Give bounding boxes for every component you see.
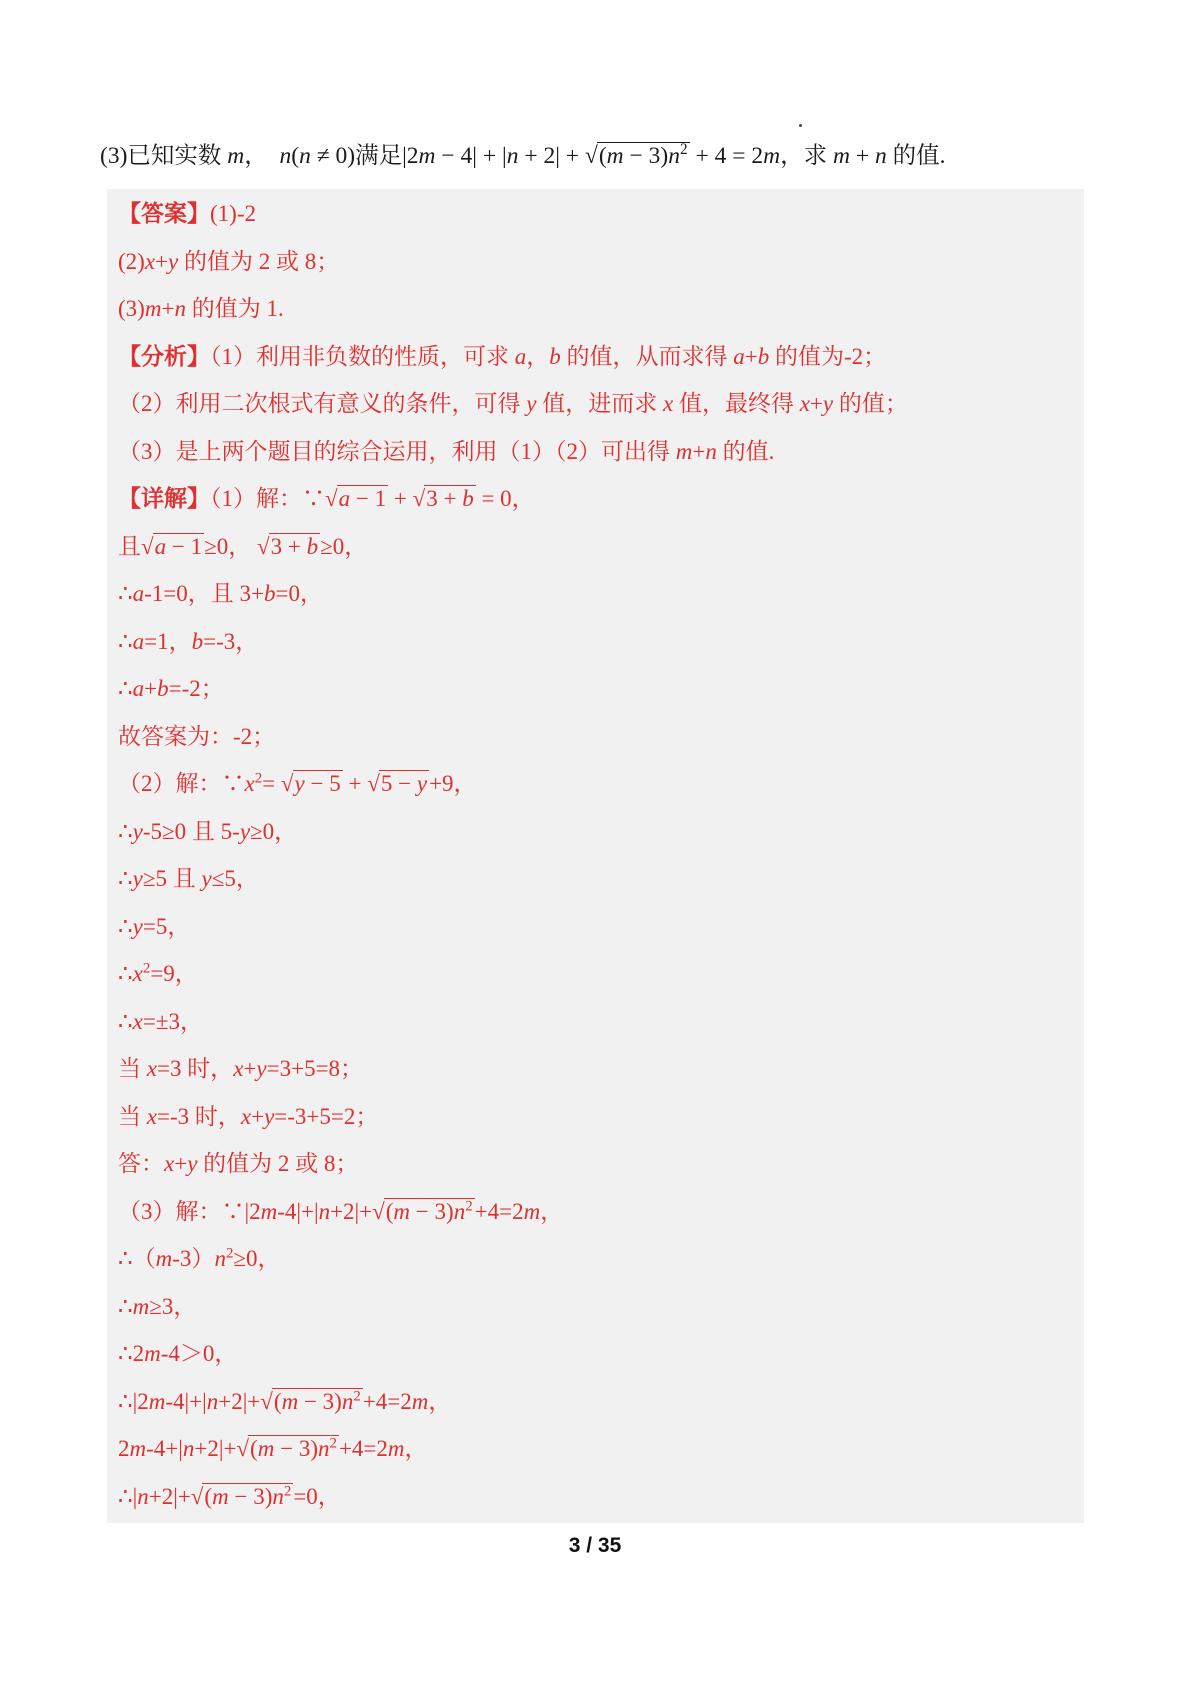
math-variable: n [319,1199,331,1224]
text-segment: =-3 时， [157,1104,241,1129]
text-segment: +2|+ [194,1436,236,1461]
radical: √3 + b [257,533,320,560]
solution-line-6: （3）是上两个题目的综合运用，利用（1）（2）可出得 m+n 的值. [107,428,1084,476]
text-segment: （2）利用二次根式有意义的条件，可得 [118,391,526,416]
text-segment: 的值，从而求得 [561,344,734,369]
math-variable: m [261,1199,278,1224]
text-segment: ∴| [118,1484,137,1509]
text-segment: + [850,143,875,169]
text-segment: ， [540,1199,563,1224]
solution-line-17: ∴x2=9， [107,950,1084,998]
radicand: (m − 3)n2 [597,142,690,170]
text-segment: 的值. [887,143,946,169]
math-variable: a [133,676,145,701]
text-segment: 的值为 2 或 8； [178,249,339,274]
radical: √3 + b [413,485,476,512]
superscript: 2 [284,1483,291,1499]
math-variable: n [207,1389,219,1414]
text-segment: ( [204,1484,212,1509]
text-segment: 值，进而求 [536,391,663,416]
text-segment: + [692,439,705,464]
math-variable: m [156,1246,173,1271]
page-number: 3 / 35 [0,1534,1190,1558]
math-variable: x [147,1056,157,1081]
text-segment: 故答案为：-2； [118,724,275,749]
text-segment: − 3) [229,1484,273,1509]
text-segment: ∴ [118,629,133,654]
math-variable: n [174,296,186,321]
text-segment: ∴ [118,819,133,844]
solution-line-28: ∴|n+2|+√(m − 3)n2=0， [107,1473,1084,1521]
text-segment: + [144,676,157,701]
text-segment: ∴ [118,914,133,939]
solution-line-2: (2)x+y 的值为 2 或 8； [107,238,1084,286]
section-label: 【分析】 [118,344,210,369]
radical: √a − 1 [141,533,204,560]
math-variable: m [763,143,780,169]
text-segment: 当 [118,1104,147,1129]
text-segment: ， [428,1389,451,1414]
text-segment: +9， [429,771,476,796]
math-variable: n [299,143,311,169]
superscript: 2 [465,1198,472,1214]
text-segment: + [243,1056,256,1081]
math-variable: n [318,1436,330,1461]
math-variable: n [342,1389,354,1414]
text-segment: + [343,771,367,796]
solution-line-3: (3)m+n 的值为 1. [107,285,1084,333]
math-variable: b [758,344,770,369]
math-variable: m [145,296,162,321]
math-variable: x [145,249,155,274]
radicand: a − 1 [153,533,204,560]
text-segment: (3)已知实数 [100,143,227,169]
text-segment: + 4 = 2 [690,143,764,169]
text-segment: − 3) [274,1436,318,1461]
math-variable: x [800,391,810,416]
radical: √y − 5 [281,770,343,797]
math-variable: y [187,1151,197,1176]
math-variable: y [240,819,250,844]
text-segment: ≥0， [233,1246,280,1271]
math-variable: m [133,1294,150,1319]
radicand: (m − 3)n2 [384,1198,475,1225]
text-segment: − 4| + | [436,143,507,169]
text-segment: ≥3， [149,1294,196,1319]
text-segment: =0， [276,581,323,606]
solution-line-14: ∴y-5≥0 且 5-y≥0， [107,808,1084,856]
solution-line-26: ∴|2m-4|+|n+2|+√(m − 3)n2+4=2m， [107,1378,1084,1426]
text-segment: ∴ [118,676,133,701]
text-segment: ∴ [118,866,133,891]
math-variable: y [168,249,178,274]
text-segment: ∴ [118,1294,133,1319]
text-segment: 答： [118,1151,164,1176]
solution-line-25: ∴2m-4＞0， [107,1330,1084,1378]
math-variable: x [164,1151,174,1176]
text-segment: = 0， [476,486,535,511]
math-variable: y [201,866,211,891]
math-variable: b [157,676,169,701]
text-segment: =5， [143,914,190,939]
text-segment: − 3) [624,143,669,169]
math-variable: x [241,1104,251,1129]
text-segment: （1）利用非负数的性质，可求 [210,344,515,369]
text-segment: 3 + [426,486,462,511]
text-segment: ≠ 0)满足|2 [311,143,419,169]
math-variable: b [549,344,561,369]
text-segment: − 3) [298,1389,342,1414]
solution-line-18: ∴x=±3， [107,998,1084,1046]
text-segment: 的值； [833,391,908,416]
solution-line-19: 当 x=3 时，x+y=3+5=8； [107,1045,1084,1093]
text-segment: ∴ [118,581,133,606]
math-variable: x [133,961,143,986]
math-variable: a [339,486,351,511]
radicand: 5 − y [379,770,429,797]
solution-line-22: （3）解：∵|2m-4|+|n+2|+√(m − 3)n2+4=2m， [107,1188,1084,1236]
math-variable: y [133,866,143,891]
text-segment: ， [244,143,279,169]
solution-line-16: ∴y=5， [107,903,1084,951]
math-variable: y [256,1056,266,1081]
solution-line-12: 故答案为：-2； [107,713,1084,761]
text-segment: 的值. [717,439,775,464]
text-segment: 的值为 2 或 8； [197,1151,358,1176]
math-variable: m [393,1199,410,1224]
solution-line-21: 答：x+y 的值为 2 或 8； [107,1140,1084,1188]
math-variable: m [227,143,244,169]
text-segment: ≥5 且 [143,866,202,891]
text-segment: − 5 [305,771,341,796]
text-segment: （2）解：∵ [118,771,245,796]
text-segment: =-2； [169,676,224,701]
math-variable: y [133,914,143,939]
math-variable: y [295,771,305,796]
text-segment: ≤5， [212,866,259,891]
text-segment: 3 + [271,534,307,559]
math-variable: a [133,629,145,654]
text-segment: +4=2 [339,1436,388,1461]
radical: √(m − 3)n2 [236,1435,339,1462]
text-segment: ≥0， [250,819,297,844]
text-segment: − 3) [410,1199,454,1224]
text-segment: +2|+ [218,1389,260,1414]
superscript: 2 [353,1388,360,1404]
text-segment: + [745,344,758,369]
text-segment: 值，最终得 [673,391,800,416]
math-variable: m [676,439,693,464]
text-segment: -1=0，且 3+ [144,581,264,606]
math-variable: m [130,1436,147,1461]
radical: √(m − 3)n2 [372,1198,475,1225]
text-segment: − 1 [350,486,386,511]
text-segment: -4+| [146,1436,183,1461]
text-segment: -4|+| [277,1199,318,1224]
text-segment: -4＞0， [161,1341,238,1366]
text-segment: + [388,486,412,511]
problem-statement: (3)已知实数 m， n(n ≠ 0)满足|2m − 4| + |n + 2| … [100,136,945,170]
text-segment: +2|+ [330,1199,372,1224]
text-segment: （3）解：∵|2 [118,1199,261,1224]
solution-line-13: （2）解：∵x2= √y − 5 + √5 − y+9， [107,760,1084,808]
solution-line-11: ∴a+b=-2； [107,665,1084,713]
radical: √(m − 3)n2 [260,1388,363,1415]
solution-line-9: ∴a-1=0，且 3+b=0， [107,570,1084,618]
text-segment: ∴ [118,961,133,986]
math-variable: y [526,391,536,416]
text-segment: =±3， [143,1009,203,1034]
radical: √(m − 3)n2 [191,1483,294,1510]
math-variable: n [668,143,680,169]
text-segment: ( [274,1389,282,1414]
math-variable: n [705,439,717,464]
text-segment: （1）解：∵ [210,486,325,511]
text-segment: 的值为-2； [769,344,886,369]
solution-line-4: 【分析】（1）利用非负数的性质，可求 a，b 的值，从而求得 a+b 的值为-2… [107,333,1084,381]
math-variable: a [133,581,145,606]
math-variable: m [412,1389,429,1414]
text-segment: -5≥0 且 5- [143,819,240,844]
text-segment: ∴|2 [118,1389,149,1414]
text-segment: + [810,391,823,416]
radicand: y − 5 [293,770,343,797]
text-segment: （3）是上两个题目的综合运用，利用（1）（2）可出得 [118,439,676,464]
text-segment: 当 [118,1056,147,1081]
text-segment: ∴（ [118,1246,156,1271]
text-segment: =-3， [203,629,258,654]
text-segment: + [155,249,168,274]
text-segment: +4=2 [363,1389,412,1414]
text-segment: =-3+5=2； [274,1104,378,1129]
math-variable: y [264,1104,274,1129]
math-variable: x [245,771,255,796]
math-variable: b [462,486,474,511]
math-variable: m [258,1436,275,1461]
math-variable: m [833,143,850,169]
math-variable: n [875,143,887,169]
text-segment: -4|+| [165,1389,206,1414]
math-variable: x [133,1009,143,1034]
math-variable: m [212,1484,229,1509]
solution-line-15: ∴y≥5 且 y≤5， [107,855,1084,903]
math-variable: n [214,1246,226,1271]
math-variable: a [155,534,167,559]
text-segment: =0， [293,1484,340,1509]
answer-block: 【答案】(1)-2(2)x+y 的值为 2 或 8；(3)m+n 的值为 1.【… [107,189,1084,1523]
section-label: 【答案】 [118,201,210,226]
solution-line-27: 2m-4+|n+2|+√(m − 3)n2+4=2m， [107,1425,1084,1473]
solution-line-5: （2）利用二次根式有意义的条件，可得 y 值，进而求 x 值，最终得 x+y 的… [107,380,1084,428]
math-variable: m [524,1199,541,1224]
math-variable: b [264,581,276,606]
math-variable: x [147,1104,157,1129]
radicand: a − 1 [337,485,388,512]
math-variable: b [307,534,319,559]
text-segment: ( [291,143,299,169]
text-segment: ∴2 [118,1341,144,1366]
math-variable: n [507,143,519,169]
text-segment: + [161,296,174,321]
solution-line-7: 【详解】（1）解：∵√a − 1 + √3 + b = 0， [107,475,1084,523]
superscript: 2 [680,141,688,158]
radicand: 3 + b [269,533,320,560]
radicand: (m − 3)n2 [202,1483,293,1510]
math-variable: m [282,1389,299,1414]
text-segment: +4=2 [475,1199,524,1224]
radicand: (m − 3)n2 [248,1435,339,1462]
math-variable: y [133,819,143,844]
solution-line-8: 且√a − 1≥0， √3 + b≥0， [107,523,1084,571]
solution-line-10: ∴a=1，b=-3， [107,618,1084,666]
text-segment: ，求 [780,143,833,169]
text-segment: 5 − [381,771,417,796]
text-segment: =3+5=8； [267,1056,363,1081]
text-segment: ， [526,344,549,369]
text-segment: 且 [118,534,141,559]
text-segment: =1， [144,629,191,654]
radical: √(m − 3)n2 [585,142,690,170]
text-segment: (2) [118,249,145,274]
text-segment: = [262,771,281,796]
text-segment: + [174,1151,187,1176]
math-variable: n [280,143,292,169]
superscript: 2 [329,1435,336,1451]
math-variable: m [149,1389,166,1414]
text-segment: ∴ [118,1009,133,1034]
text-segment: ( [250,1436,258,1461]
text-segment: (3) [118,296,145,321]
text-segment: − 1 [166,534,202,559]
solution-line-23: ∴（m-3）n2≥0， [107,1235,1084,1283]
solution-line-20: 当 x=-3 时，x+y=-3+5=2； [107,1093,1084,1141]
radicand: (m − 3)n2 [272,1388,363,1415]
stray-dot-mark [799,124,802,127]
math-variable: n [272,1484,284,1509]
text-segment: -3） [172,1246,214,1271]
solution-line-1: 【答案】(1)-2 [107,190,1084,238]
section-label: 【详解】 [118,486,210,511]
math-variable: x [663,391,673,416]
text-segment: 2 [118,1436,130,1461]
text-segment: ≥0， [204,534,257,559]
math-variable: m [144,1341,161,1366]
math-variable: m [607,143,624,169]
text-segment: +2|+ [149,1484,191,1509]
text-segment: + 2| + [518,143,584,169]
text-segment: (1)-2 [210,201,256,226]
math-variable: n [454,1199,466,1224]
text-segment: =3 时， [157,1056,233,1081]
math-variable: m [388,1436,405,1461]
math-variable: a [515,344,527,369]
math-variable: a [733,344,745,369]
text-segment: =9， [150,961,197,986]
math-variable: n [137,1484,149,1509]
text-segment: ， [405,1436,428,1461]
math-variable: y [823,391,833,416]
radical: √a − 1 [325,485,388,512]
text-segment: ≥0， [320,534,367,559]
math-variable: x [233,1056,243,1081]
math-variable: m [419,143,436,169]
solution-line-24: ∴m≥3， [107,1283,1084,1331]
math-variable: n [183,1436,195,1461]
text-segment: + [251,1104,264,1129]
text-segment: ( [599,143,607,169]
math-variable: b [192,629,204,654]
radical: √5 − y [367,770,429,797]
math-variable: y [417,771,427,796]
text-segment: 的值为 1. [186,296,284,321]
radicand: 3 + b [424,485,475,512]
